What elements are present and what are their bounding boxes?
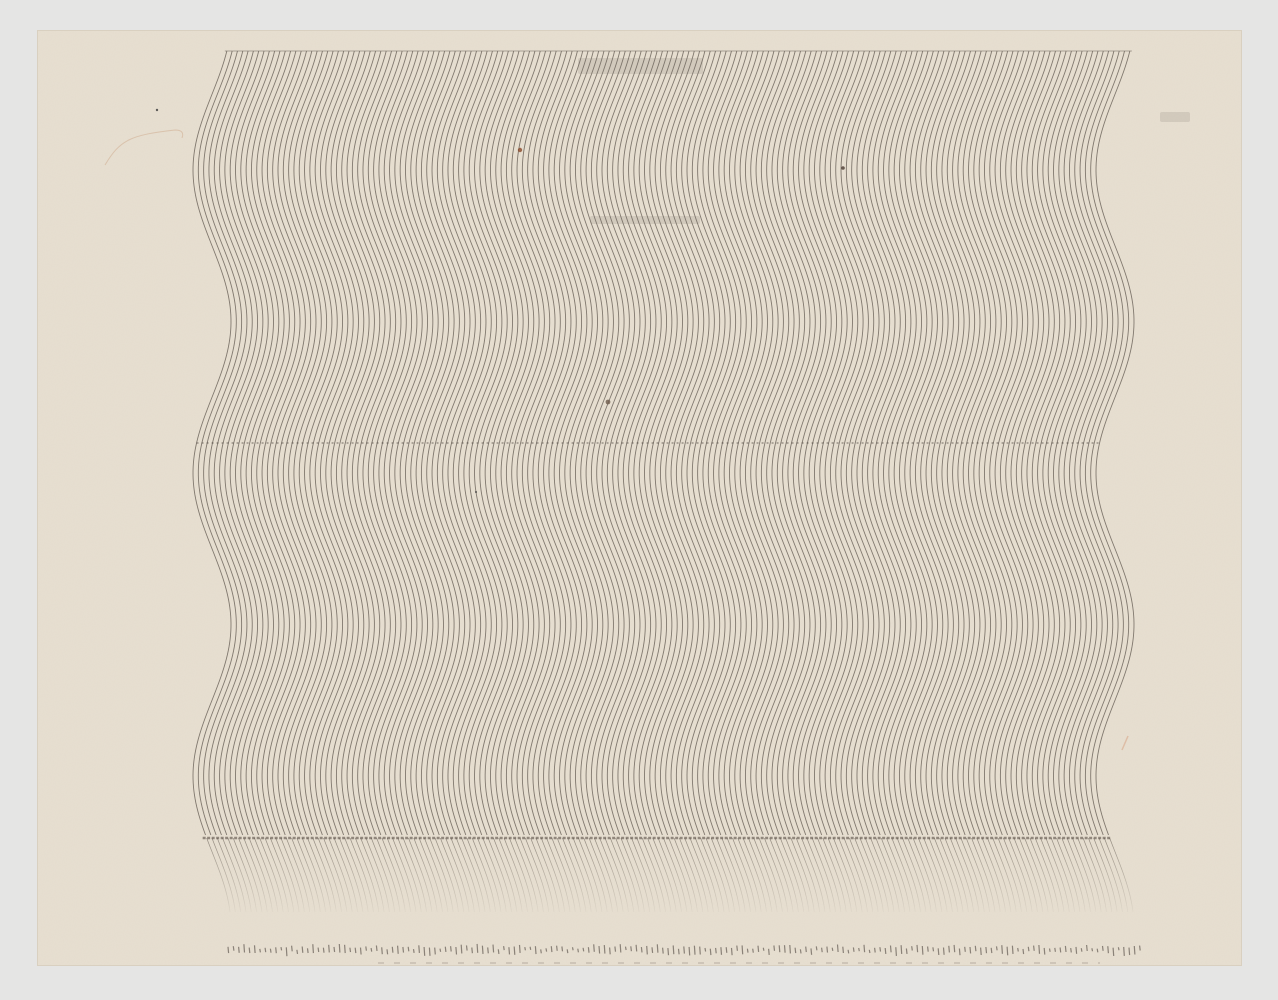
artwork-photo xyxy=(0,0,1278,1000)
